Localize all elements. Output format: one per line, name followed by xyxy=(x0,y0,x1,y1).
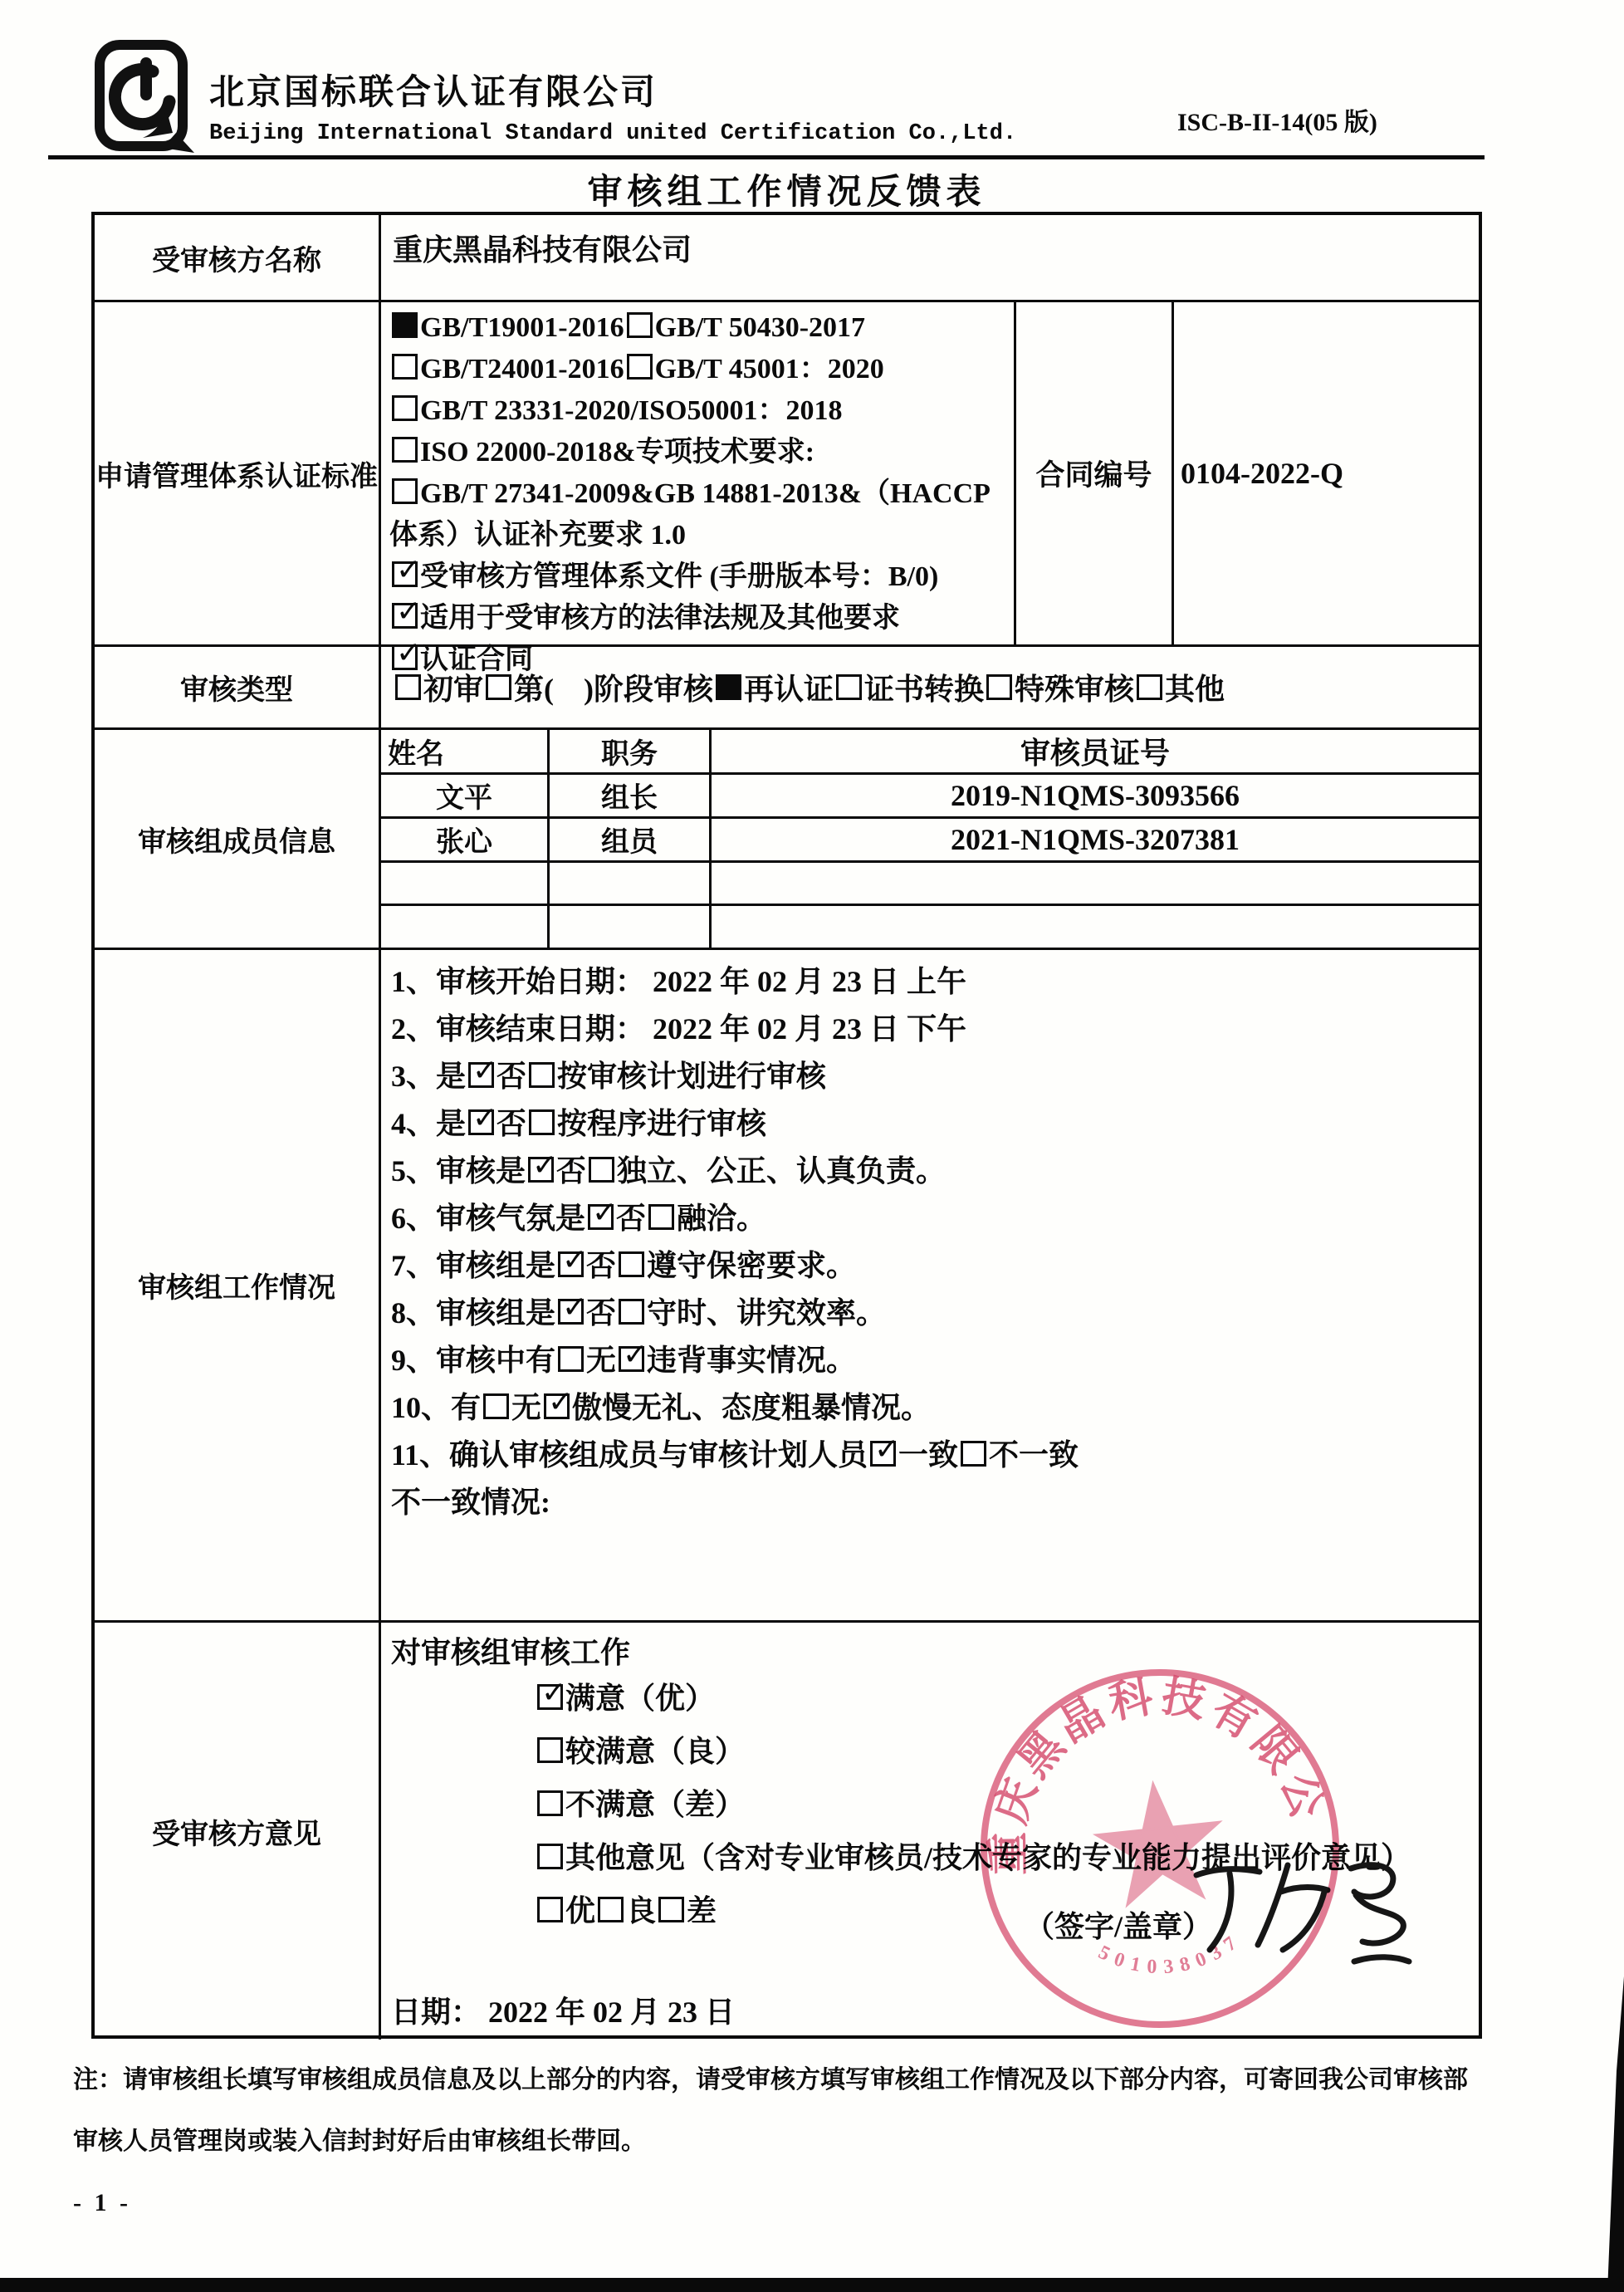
member-name xyxy=(381,906,550,948)
checkbox-empty xyxy=(836,674,862,700)
work-items: 1、审核开始日期： 2022 年 02 月 23 日 上午 2、审核结束日期： … xyxy=(381,950,1479,1526)
checkbox-empty xyxy=(392,478,418,504)
checkbox-empty xyxy=(658,1897,684,1922)
standards-line: GB/T24001-2016GB/T 45001：2020 xyxy=(389,349,1009,390)
checkbox-empty xyxy=(961,1441,986,1467)
page-number: - 1 - xyxy=(73,2189,131,2217)
standards-line: ✓适用于受审核方的法律法规及其他要求 xyxy=(389,598,1009,639)
checkbox-empty xyxy=(395,674,421,700)
checkbox-checked: ✓ xyxy=(528,1157,554,1183)
checkbox-empty xyxy=(986,674,1012,700)
checkbox-empty xyxy=(537,1790,563,1816)
row-team: 审核组成员信息 姓名 职务 审核员证号 文平 组长 2019-N1QMS-309… xyxy=(95,730,1479,950)
contract-number-value: 0104-2022-Q xyxy=(1174,302,1479,644)
work-item: 7、审核组是✓否遵守保密要求。 xyxy=(391,1242,1479,1290)
work-item: 8、审核组是✓否守时、讲究效率。 xyxy=(391,1290,1479,1337)
member-role: 组员 xyxy=(550,819,712,860)
team-row-empty xyxy=(381,863,1479,907)
checkbox-empty xyxy=(392,395,418,421)
work-item: 2、审核结束日期： 2022 年 02 月 23 日 下午 xyxy=(391,1006,1479,1053)
page-title: 审核组工作情况反馈表 xyxy=(91,164,1482,214)
audit-type-label: 审核类型 xyxy=(95,647,381,727)
checkbox-empty xyxy=(537,1737,563,1763)
auditee-label: 受审核方名称 xyxy=(95,215,381,300)
work-label: 审核组工作情况 xyxy=(95,950,381,1620)
company-seal-stamp: 重庆黑晶科技有限公司 5010380379 xyxy=(947,1635,1373,2062)
checkbox-empty xyxy=(619,1299,644,1325)
header-divider xyxy=(48,155,1485,159)
standards-line: GB/T 23331-2020/ISO50001：2018 xyxy=(389,390,1009,432)
member-name xyxy=(381,863,550,904)
work-item: 1、审核开始日期： 2022 年 02 月 23 日 上午 xyxy=(391,958,1479,1006)
checkbox-checked: ✓ xyxy=(870,1441,896,1467)
scanned-form-page: 北京国标联合认证有限公司 Beijing International Stand… xyxy=(0,0,1624,2292)
scan-edge-bottom xyxy=(0,2278,1624,2292)
checkbox-empty xyxy=(598,1897,624,1922)
checkbox-empty xyxy=(529,1109,555,1135)
team-row-empty xyxy=(381,906,1479,948)
footer-note: 注：请审核组长填写审核组成员信息及以上部分的内容，请受审核方填写审核组工作情况及… xyxy=(73,2050,1518,2172)
team-col-name: 姓名 xyxy=(381,730,550,772)
checkbox-checked: ✓ xyxy=(619,1346,644,1372)
work-item: 不一致情况: xyxy=(391,1479,1479,1526)
team-row: 张心 组员 2021-N1QMS-3207381 xyxy=(381,819,1479,863)
auditee-value: 重庆黑晶科技有限公司 xyxy=(381,215,1479,300)
work-item: 6、审核气氛是✓否融洽。 xyxy=(391,1195,1479,1242)
standards-line: GB/T19001-2016GB/T 50430-2017 xyxy=(389,307,1009,349)
team-header-row: 姓名 职务 审核员证号 xyxy=(381,730,1479,775)
checkbox-empty xyxy=(537,1844,563,1869)
opinion-date: 日期： 2022 年 02 月 23 日 xyxy=(391,1989,735,2031)
work-item: 3、是✓否按审核计划进行审核 xyxy=(391,1053,1479,1100)
standards-label: 申请管理体系认证标准 xyxy=(95,302,381,644)
work-item: 10、有无✓傲慢无礼、态度粗暴情况。 xyxy=(391,1384,1479,1432)
audit-type-value: 初审第( )阶段审核再认证证书转换特殊审核其他 xyxy=(381,647,1479,727)
member-cert: 2021-N1QMS-3207381 xyxy=(712,819,1479,860)
row-standards: 申请管理体系认证标准 GB/T19001-2016GB/T 50430-2017… xyxy=(95,302,1479,647)
standards-line: ✓受审核方管理体系文件 (手册版本号：B/0) xyxy=(389,556,1009,598)
work-item: 4、是✓否按程序进行审核 xyxy=(391,1100,1479,1148)
opinion-label: 受审核方意见 xyxy=(95,1623,381,2040)
checkbox-empty xyxy=(627,312,653,338)
row-work-situation: 审核组工作情况 1、审核开始日期： 2022 年 02 月 23 日 上午 2、… xyxy=(95,950,1479,1623)
checkbox-empty xyxy=(529,1062,555,1088)
checkbox-checked: ✓ xyxy=(558,1299,584,1325)
checkbox-empty xyxy=(537,1897,563,1922)
company-logo xyxy=(93,40,194,158)
checkbox-checked: ✓ xyxy=(537,1684,563,1710)
checkbox-empty xyxy=(627,354,653,380)
company-name-en: Beijing International Standard united Ce… xyxy=(209,121,1016,146)
checkbox-checked: ✓ xyxy=(468,1109,494,1135)
team-table: 姓名 职务 审核员证号 文平 组长 2019-N1QMS-3093566 张心 … xyxy=(381,730,1479,948)
footer-note-line: 审核人员管理岗或装入信封封好后由审核组长带回。 xyxy=(73,2111,1518,2172)
checkbox-empty xyxy=(619,1251,644,1277)
footer-note-line: 注：请审核组长填写审核组成员信息及以上部分的内容，请受审核方填写审核组工作情况及… xyxy=(73,2050,1518,2111)
member-name: 张心 xyxy=(381,819,550,860)
member-cert xyxy=(712,906,1479,948)
checkbox-empty xyxy=(392,437,418,463)
work-item: 9、审核中有无✓违背事实情况。 xyxy=(391,1337,1479,1384)
checkbox-empty xyxy=(1137,674,1162,700)
member-role xyxy=(550,906,712,948)
row-auditee: 受审核方名称 重庆黑晶科技有限公司 xyxy=(95,215,1479,302)
company-name-cn: 北京国标联合认证有限公司 xyxy=(209,65,658,115)
standards-line: GB/T 27341-2009&GB 14881-2013&（HACCP体系）认… xyxy=(389,473,1009,556)
work-item: 5、审核是✓否独立、公正、认真负责。 xyxy=(391,1148,1479,1195)
checkbox-checked: ✓ xyxy=(392,603,418,629)
form-code: ISC-B-II-14(05 版) xyxy=(1177,101,1377,138)
checkbox-checked: ✓ xyxy=(468,1062,494,1088)
member-role: 组长 xyxy=(550,775,712,816)
checkbox-empty xyxy=(483,1393,509,1419)
checkbox-checked: ✓ xyxy=(544,1393,570,1419)
member-role xyxy=(550,863,712,904)
checkbox-checked: ✓ xyxy=(558,1251,584,1277)
checkbox-empty xyxy=(558,1346,584,1372)
checkbox-empty xyxy=(486,674,511,700)
member-cert xyxy=(712,863,1479,904)
checkbox-checked: ✓ xyxy=(392,561,418,587)
team-label: 审核组成员信息 xyxy=(95,730,381,948)
scan-edge-right xyxy=(1607,1976,1624,2292)
contract-number-label: 合同编号 xyxy=(1016,302,1174,644)
team-col-cert: 审核员证号 xyxy=(712,730,1479,772)
checkbox-empty xyxy=(392,354,418,380)
team-row: 文平 组长 2019-N1QMS-3093566 xyxy=(381,775,1479,819)
checkbox-filled xyxy=(392,312,418,338)
team-col-role: 职务 xyxy=(550,730,712,772)
member-name: 文平 xyxy=(381,775,550,816)
checkbox-empty xyxy=(589,1157,614,1183)
row-audit-type: 审核类型 初审第( )阶段审核再认证证书转换特殊审核其他 xyxy=(95,647,1479,730)
checkbox-filled xyxy=(716,674,741,700)
work-item: 11、确认审核组成员与审核计划人员✓一致不一致 xyxy=(391,1432,1479,1479)
standards-line: ISO 22000-2018&专项技术要求: xyxy=(389,432,1009,473)
member-cert: 2019-N1QMS-3093566 xyxy=(712,775,1479,816)
standards-list: GB/T19001-2016GB/T 50430-2017 GB/T24001-… xyxy=(381,302,1016,644)
checkbox-empty xyxy=(648,1204,674,1230)
checkbox-checked: ✓ xyxy=(588,1204,614,1230)
